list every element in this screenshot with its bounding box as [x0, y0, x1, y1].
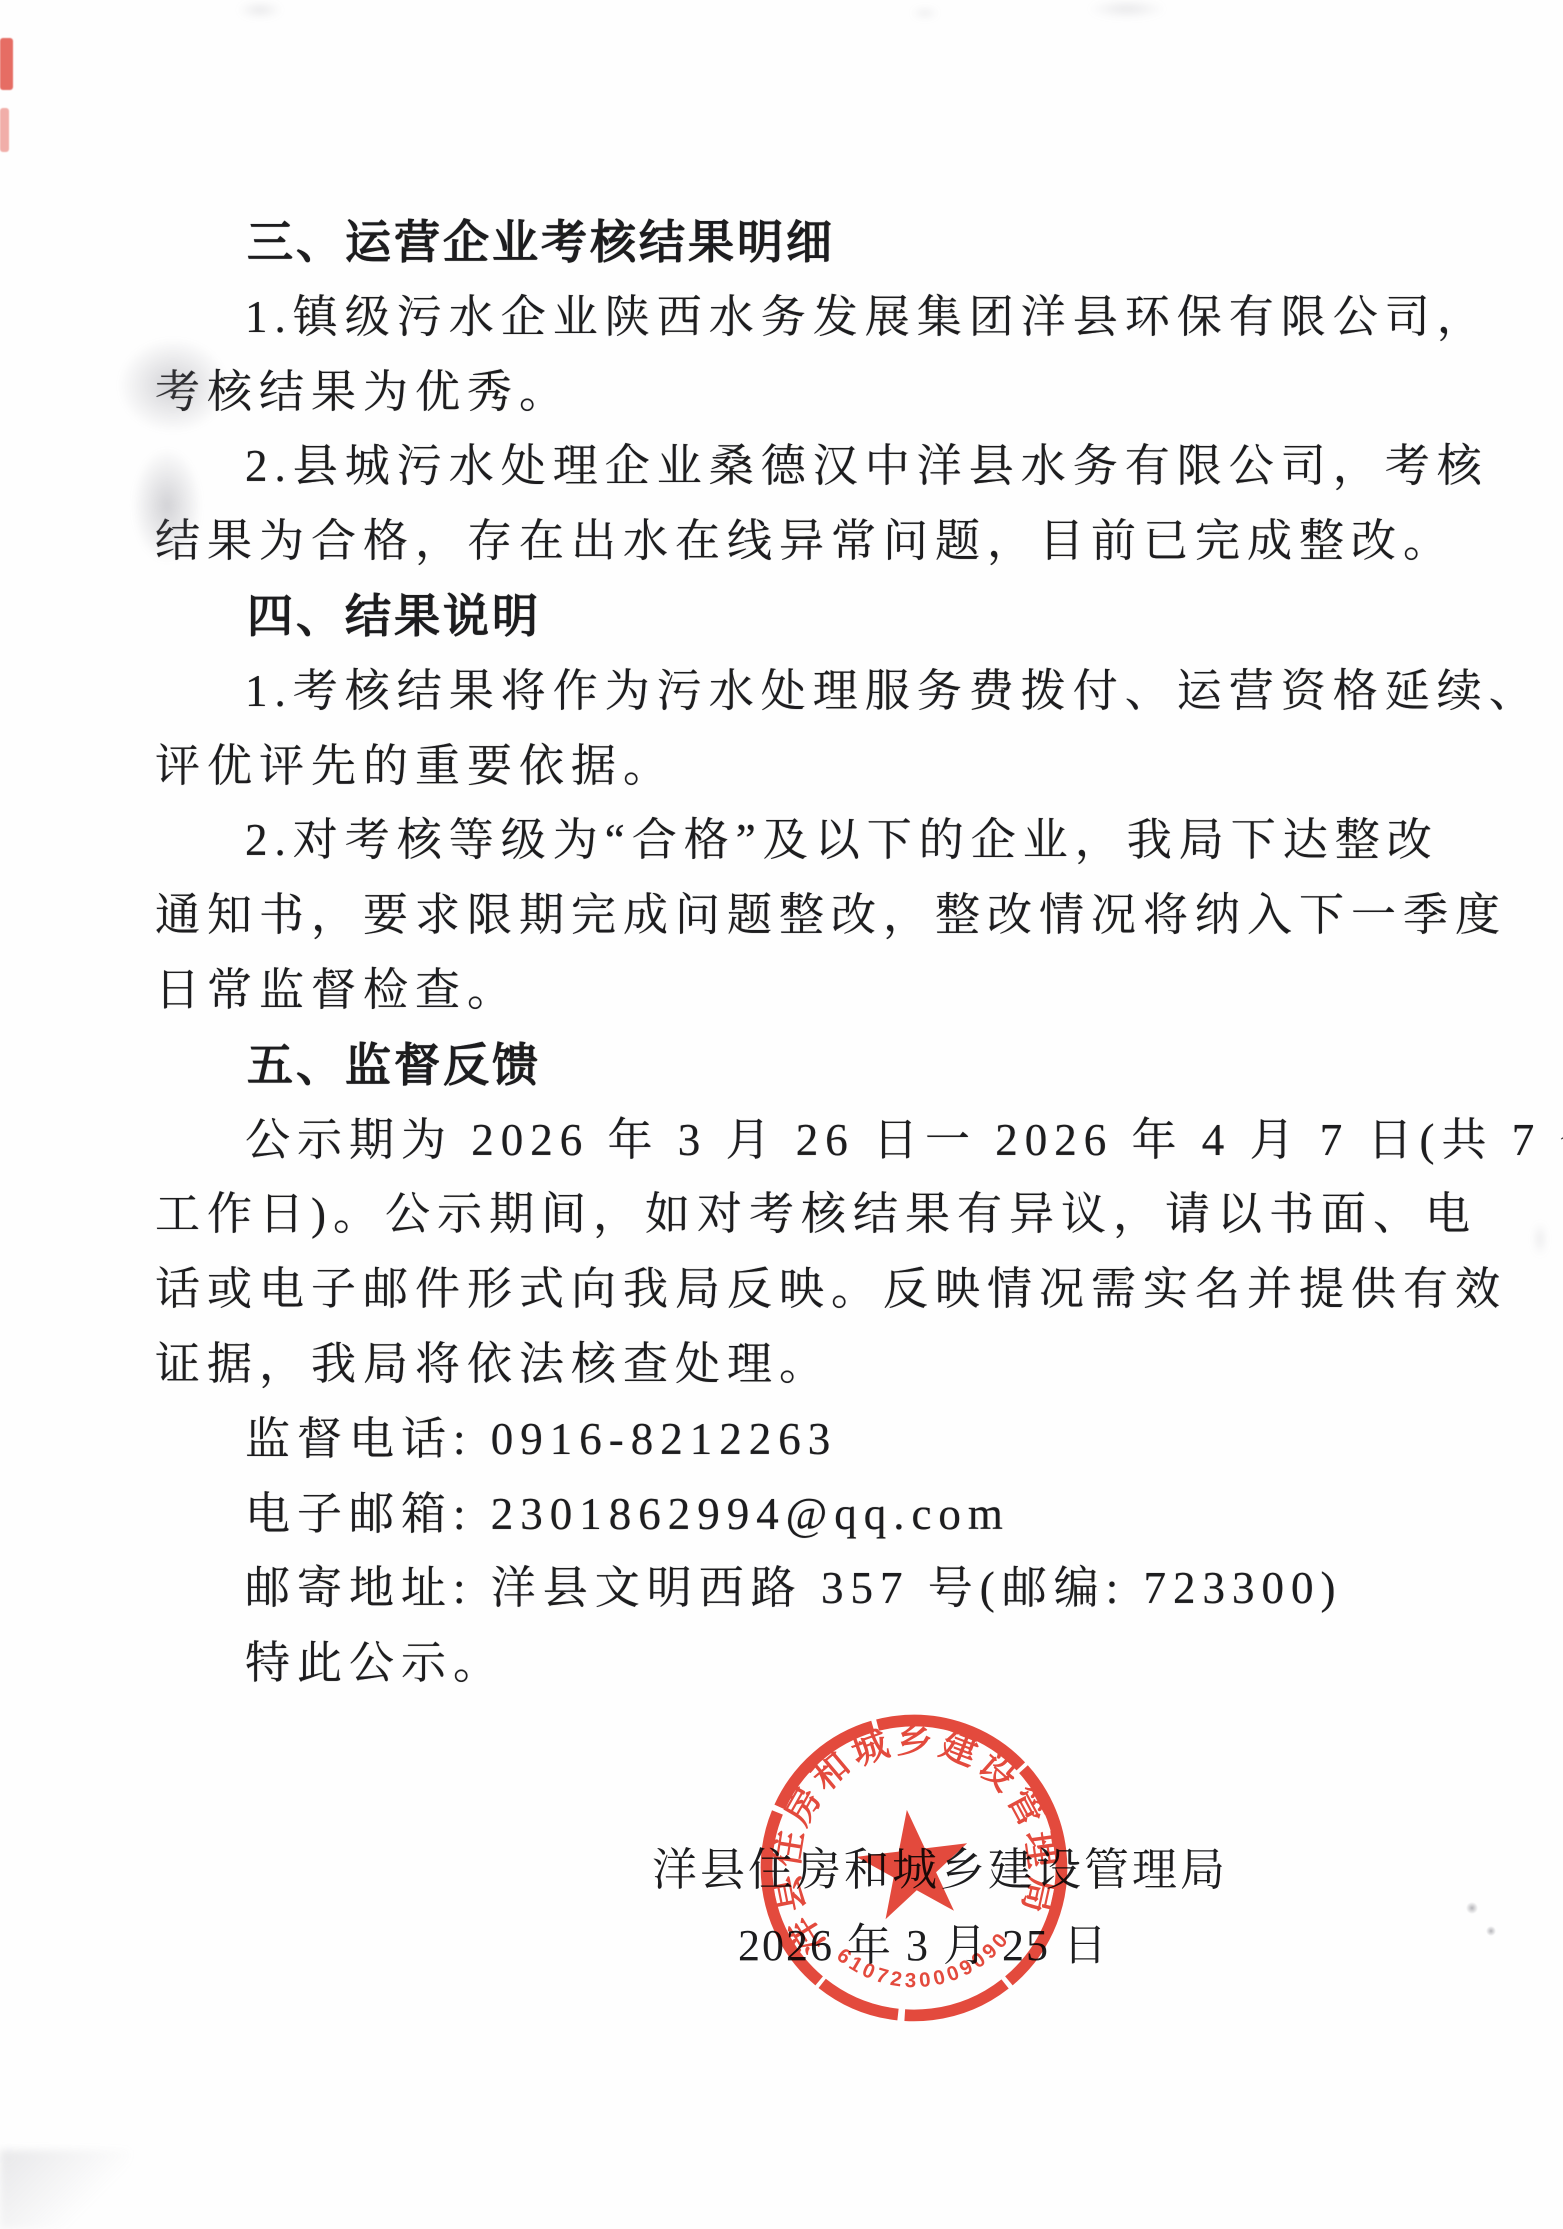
scan-artifact — [0, 2150, 130, 2229]
document-body: 三、运营企业考核结果明细 1.镇级污水企业陕西水务发展集团洋县环保有限公司， 考… — [155, 205, 1465, 1701]
scan-artifact — [1534, 1222, 1546, 1256]
email-line: 电子邮箱: 2301862994@qq.com — [155, 1477, 1465, 1552]
scan-artifact — [238, 2, 282, 18]
scan-artifact — [0, 108, 9, 152]
scanned-document-page: 三、运营企业考核结果明细 1.镇级污水企业陕西水务发展集团洋县环保有限公司， 考… — [0, 0, 1563, 2229]
paragraph-line: 话或电子邮件形式向我局反映。反映情况需实名并提供有效 — [155, 1252, 1465, 1327]
paragraph-line: 评优评先的重要依据。 — [155, 729, 1465, 804]
scan-artifact — [1486, 1926, 1496, 1936]
address-line: 邮寄地址: 洋县文明西路 357 号(邮编: 723300) — [155, 1551, 1465, 1626]
paragraph-line: 2.县城污水处理企业桑德汉中洋县水务有限公司，考核 — [155, 429, 1465, 504]
paragraph-line: 2.对考核等级为“合格”及以下的企业，我局下达整改 — [155, 803, 1465, 878]
closing-line: 特此公示。 — [155, 1626, 1465, 1701]
paragraph-line: 考核结果为优秀。 — [155, 355, 1465, 430]
official-seal: 洋县住房和城乡建设管理局 6107230009090 — [729, 1683, 1099, 2053]
section-heading-5: 五、监督反馈 — [155, 1028, 1465, 1103]
scan-artifact — [1088, 0, 1166, 18]
phone-line: 监督电话: 0916-8212263 — [155, 1402, 1465, 1477]
paragraph-line: 工作日)。公示期间，如对考核结果有异议，请以书面、电 — [155, 1177, 1465, 1252]
paragraph-line: 1.考核结果将作为污水处理服务费拨付、运营资格延续、 — [155, 654, 1465, 729]
star-icon — [852, 1803, 976, 1922]
paragraph-line: 日常监督检查。 — [155, 953, 1465, 1028]
paragraph-line: 1.镇级污水企业陕西水务发展集团洋县环保有限公司， — [155, 280, 1465, 355]
paragraph-line: 公示期为 2026 年 3 月 26 日一 2026 年 4 月 7 日(共 7… — [155, 1103, 1465, 1178]
scan-artifact — [912, 8, 938, 18]
scan-artifact — [1466, 1902, 1478, 1914]
paragraph-line: 结果为合格，存在出水在线异常问题，目前已完成整改。 — [155, 504, 1465, 579]
scan-artifact — [0, 38, 13, 90]
section-heading-4: 四、结果说明 — [155, 579, 1465, 654]
paragraph-line: 通知书，要求限期完成问题整改，整改情况将纳入下一季度 — [155, 878, 1465, 953]
paragraph-line: 证据，我局将依法核查处理。 — [155, 1327, 1465, 1402]
section-heading-3: 三、运营企业考核结果明细 — [155, 205, 1465, 280]
